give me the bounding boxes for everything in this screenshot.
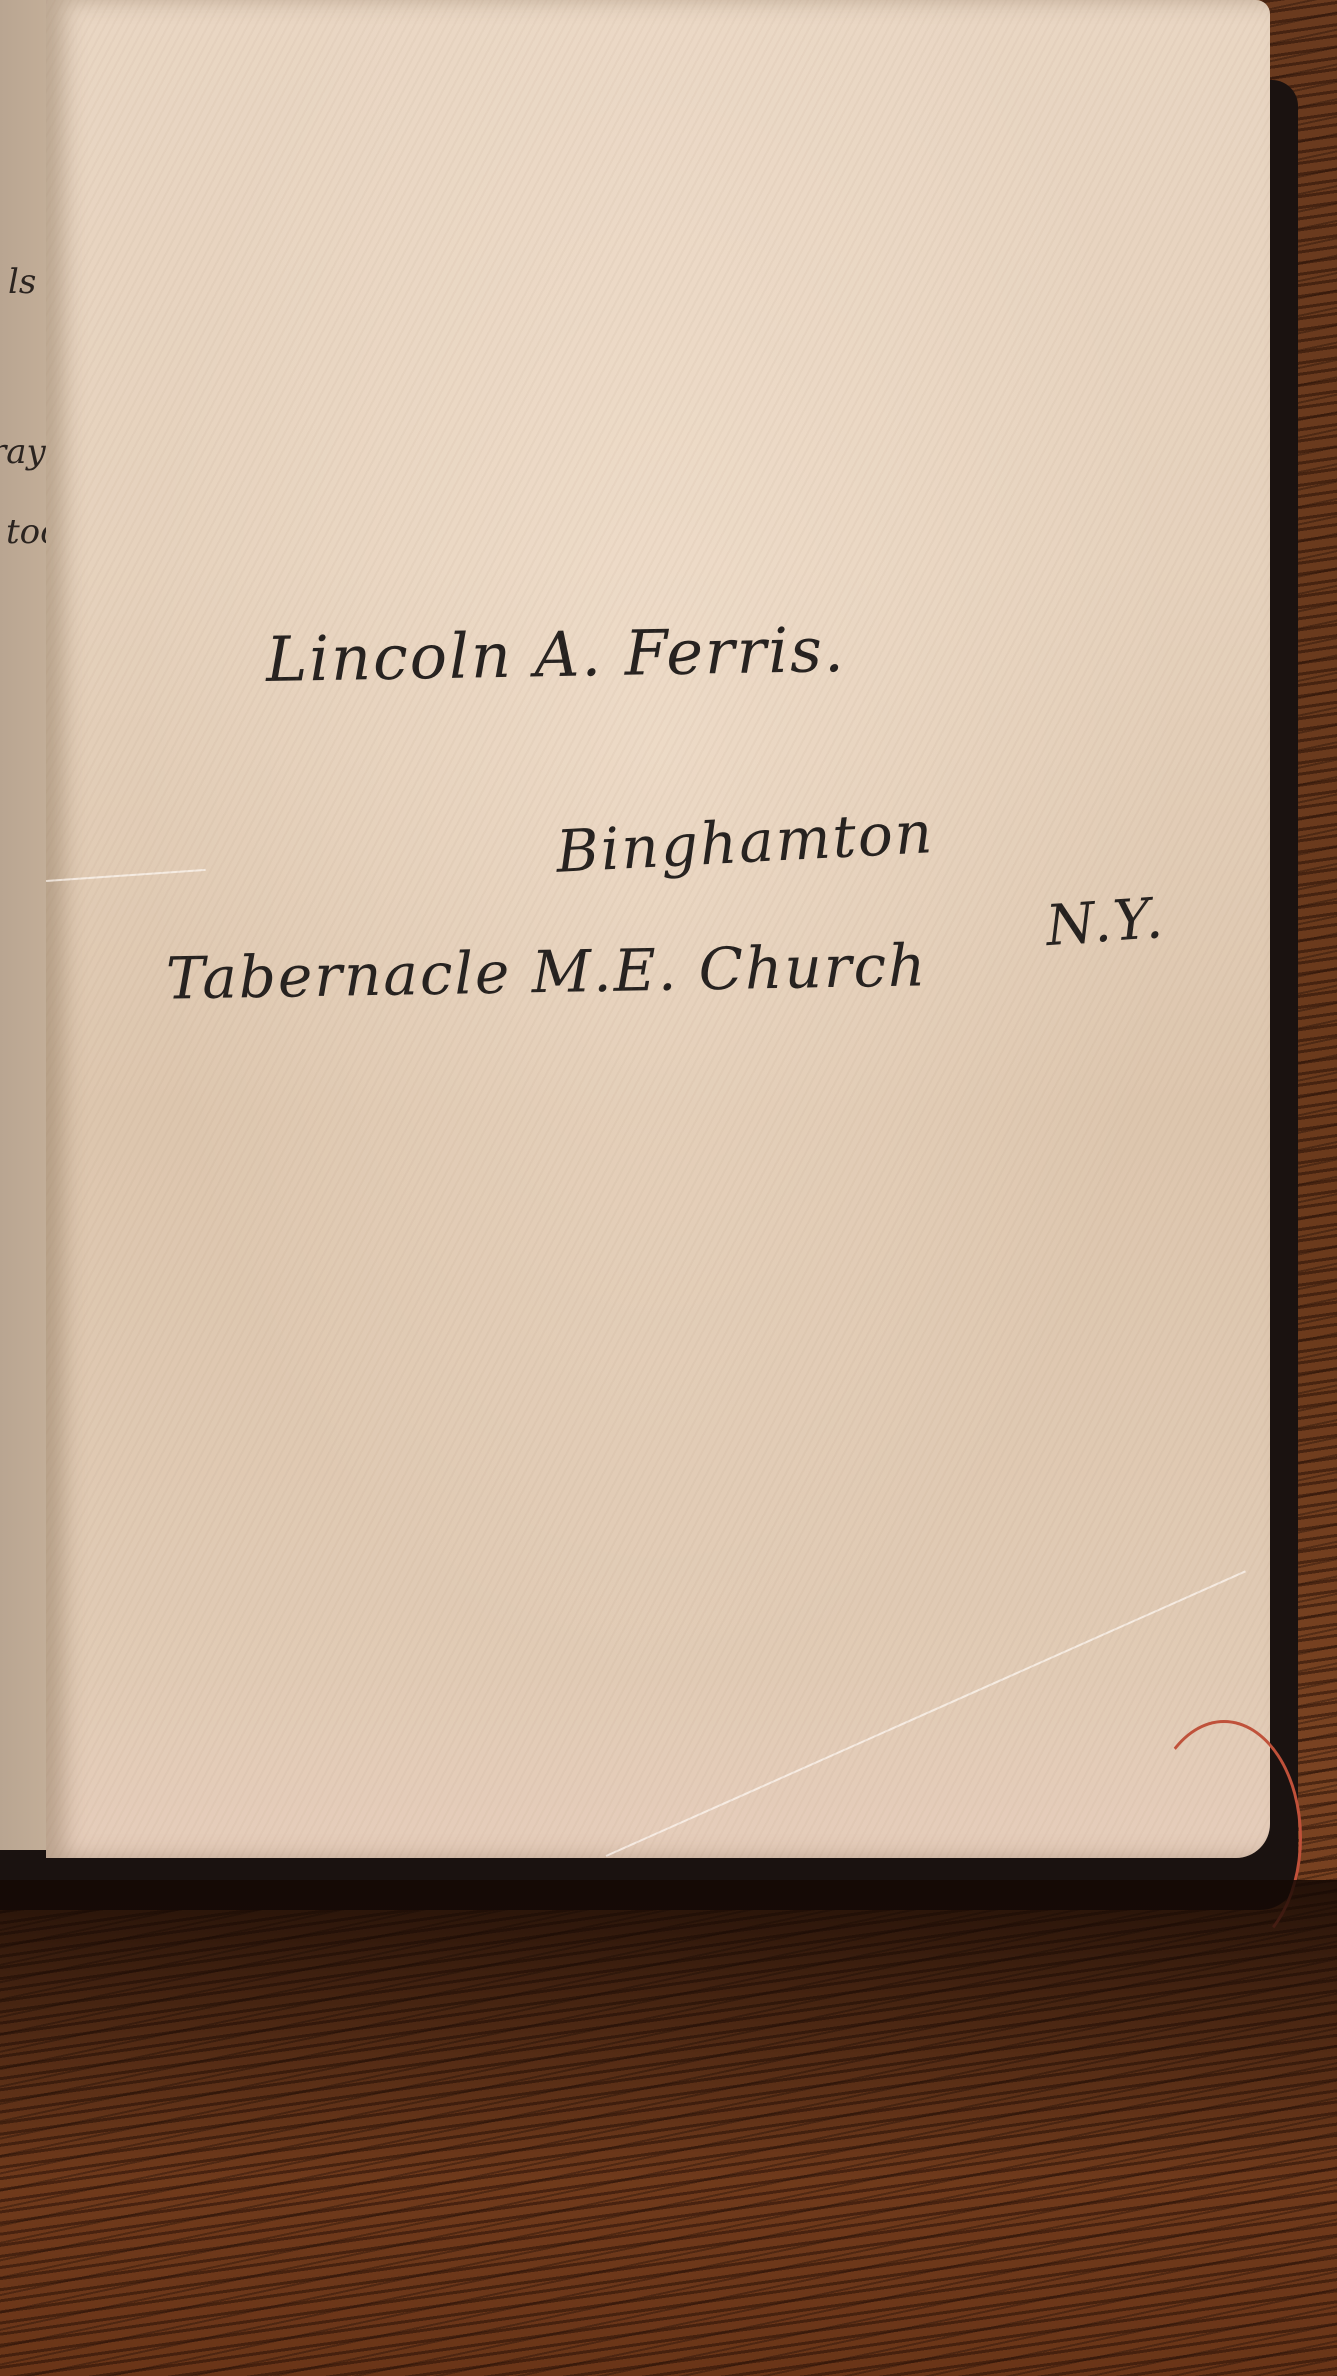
flyleaf-page: Lincoln A. Ferris. Binghamton N.Y. Taber… xyxy=(46,0,1270,1858)
inscription-city: Binghamton xyxy=(554,798,935,886)
inscription-state: N.Y. xyxy=(1044,886,1167,959)
page-crease xyxy=(46,869,206,882)
inscription-name: Lincoln A. Ferris. xyxy=(265,613,846,696)
left-page-fragment: ls xyxy=(8,262,36,302)
book-shadow xyxy=(0,1880,1337,2180)
page-crease xyxy=(606,1570,1246,1857)
inscription-church: Tabernacle M.E. Church xyxy=(165,931,927,1012)
